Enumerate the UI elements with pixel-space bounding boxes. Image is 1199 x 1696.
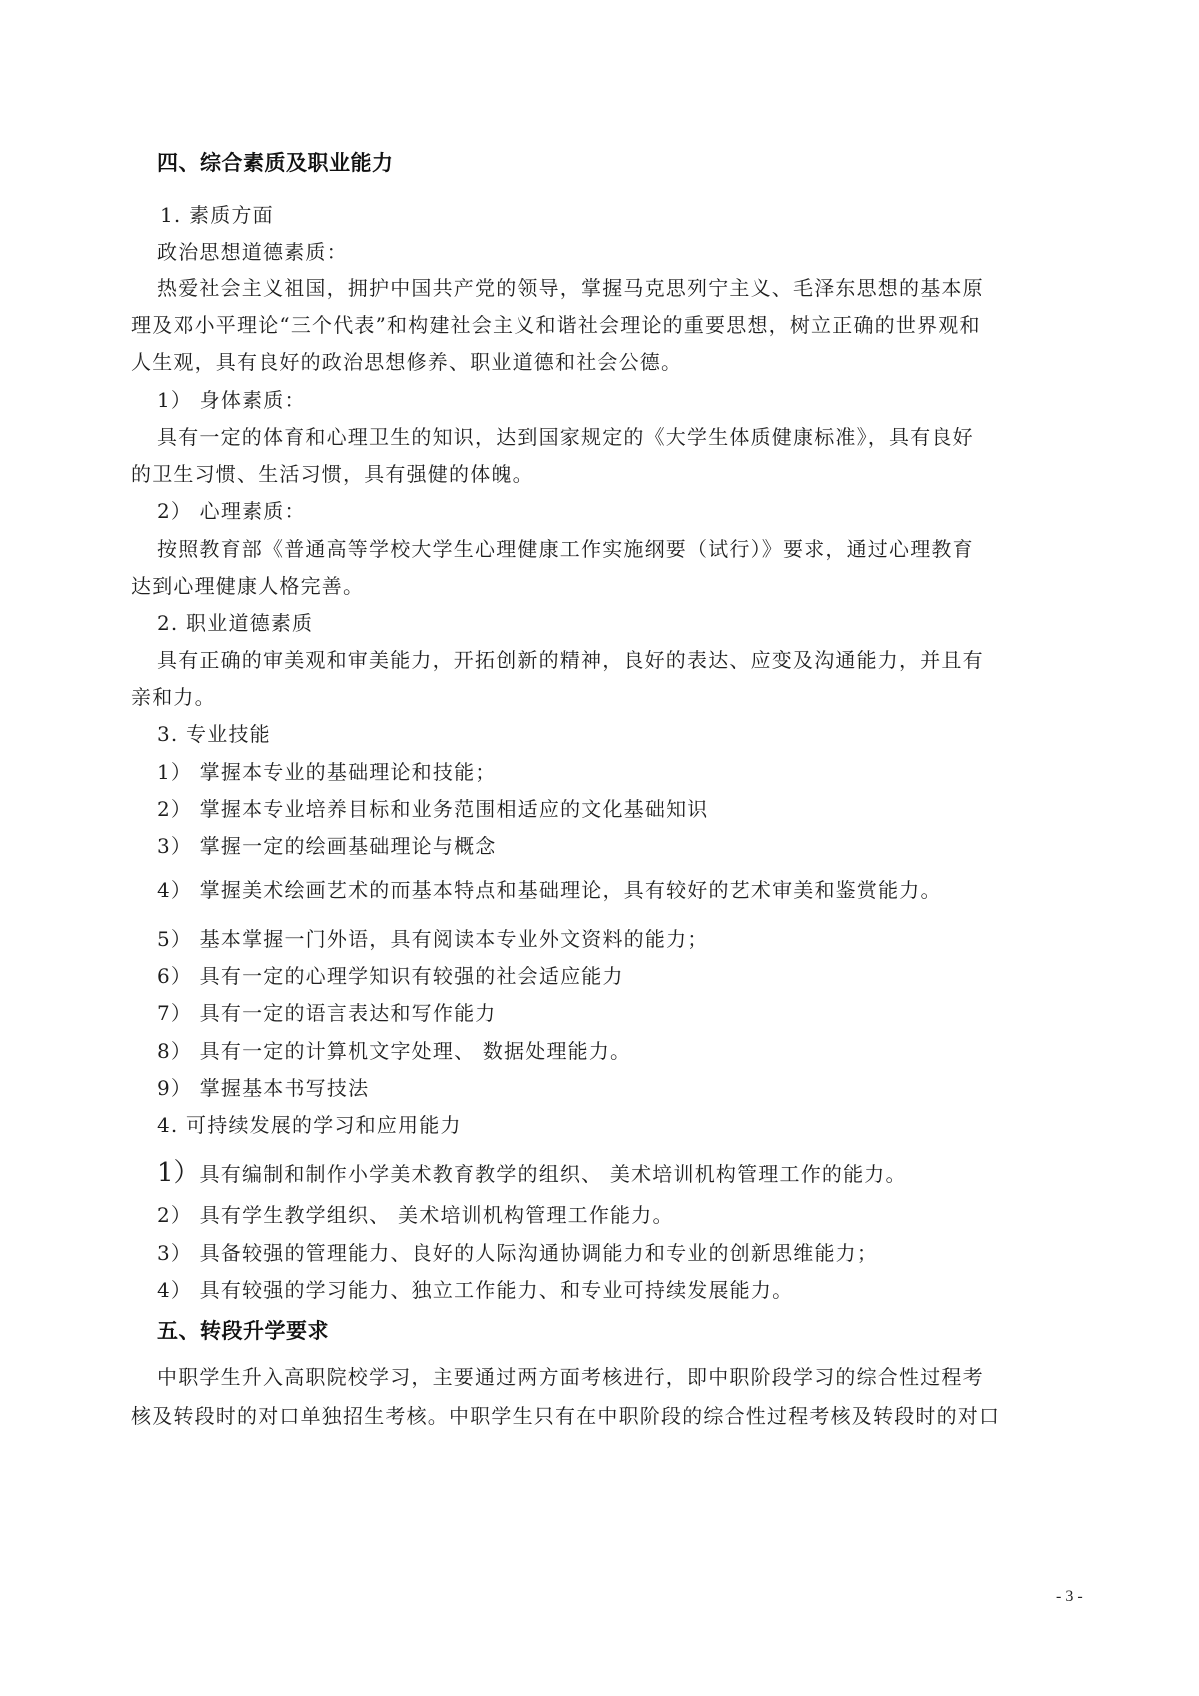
skill-item-5: 5） 基本掌握一门外语，具有阅读本专业外文资料的能力； bbox=[157, 927, 708, 951]
political-quality-line-2: 理及邓小平理论“三个代表”和构建社会主义和谐社会理论的重要思想，树立正确的世界观… bbox=[131, 313, 981, 337]
skill-item-9: 9） 掌握基本书写技法 bbox=[157, 1076, 369, 1100]
political-quality-line-3: 人生观，具有良好的政治思想修养、职业道德和社会公德。 bbox=[131, 350, 682, 374]
mental-quality-label: 2） 心理素质： bbox=[157, 499, 306, 523]
skill-item-7: 7） 具有一定的语言表达和写作能力 bbox=[157, 1001, 496, 1025]
mental-quality-line-1: 按照教育部《普通高等学校大学生心理健康工作实施纲要（试行）》要求，通过心理教育 bbox=[157, 537, 974, 561]
skill-item-8: 8） 具有一定的计算机文字处理、 数据处理能力。 bbox=[157, 1039, 631, 1063]
professional-ethics-line-2: 亲和力。 bbox=[131, 685, 216, 709]
mental-quality-line-2: 达到心理健康人格完善。 bbox=[131, 574, 364, 598]
section-heading-5: 五、转段升学要求 bbox=[157, 1318, 329, 1344]
skill-item-2: 2） 掌握本专业培养目标和业务范围相适应的文化基础知识 bbox=[157, 797, 708, 821]
skill-item-1: 1） 掌握本专业的基础理论和技能； bbox=[157, 760, 496, 784]
skill-item-6: 6） 具有一定的心理学知识有较强的社会适应能力 bbox=[157, 964, 624, 988]
ability-item-4: 4） 具有较强的学习能力、独立工作能力、和专业可持续发展能力。 bbox=[157, 1278, 793, 1302]
skill-item-4: 4） 掌握美术绘画艺术的而基本特点和基础理论，具有较好的艺术审美和鉴赏能力。 bbox=[157, 878, 942, 902]
skill-item-3: 3） 掌握一定的绘画基础理论与概念 bbox=[157, 834, 496, 858]
subsection-title-2: 2. 职业道德素质 bbox=[157, 611, 313, 635]
transition-requirement-line-1: 中职学生升入高职院校学习，主要通过两方面考核进行，即中职阶段学习的综合性过程考 bbox=[157, 1365, 984, 1389]
ability-item-3: 3） 具备较强的管理能力、良好的人际沟通协调能力和专业的创新思维能力； bbox=[157, 1241, 878, 1265]
political-quality-label: 政治思想道德素质： bbox=[157, 240, 348, 264]
page-number: - 3 - bbox=[1056, 1588, 1083, 1606]
ability-item-1: 1）具有编制和制作小学美术教育教学的组织、 美术培训机构管理工作的能力。 bbox=[157, 1161, 907, 1186]
document-page: 四、综合素质及职业能力 1. 素质方面 政治思想道德素质： 热爱社会主义祖国，拥… bbox=[0, 0, 1199, 1696]
subsection-title-4: 4. 可持续发展的学习和应用能力 bbox=[157, 1113, 462, 1137]
section-heading-4: 四、综合素质及职业能力 bbox=[157, 150, 394, 176]
physical-quality-label: 1） 身体素质： bbox=[157, 388, 306, 412]
subsection-title-1: 1. 素质方面 bbox=[160, 203, 274, 227]
physical-quality-line-2: 的卫生习惯、生活习惯，具有强健的体魄。 bbox=[131, 462, 534, 486]
transition-requirement-line-2: 核及转段时的对口单独招生考核。中职学生只有在中职阶段的综合性过程考核及转段时的对… bbox=[131, 1404, 1000, 1428]
ability-item-1-text: 具有编制和制作小学美术教育教学的组织、 美术培训机构管理工作的能力。 bbox=[200, 1162, 907, 1186]
subsection-title-3: 3. 专业技能 bbox=[157, 722, 271, 746]
physical-quality-line-1: 具有一定的体育和心理卫生的知识，达到国家规定的《大学生体质健康标准》，具有良好 bbox=[157, 425, 974, 449]
ability-item-2: 2） 具有学生教学组织、 美术培训机构管理工作能力。 bbox=[157, 1203, 674, 1227]
professional-ethics-line-1: 具有正确的审美观和审美能力，开拓创新的精神，良好的表达、应变及沟通能力，并且有 bbox=[157, 648, 984, 672]
ability-item-1-number: 1） bbox=[157, 1158, 200, 1188]
political-quality-line-1: 热爱社会主义祖国，拥护中国共产党的领导，掌握马克思列宁主义、毛泽东思想的基本原 bbox=[157, 276, 984, 300]
